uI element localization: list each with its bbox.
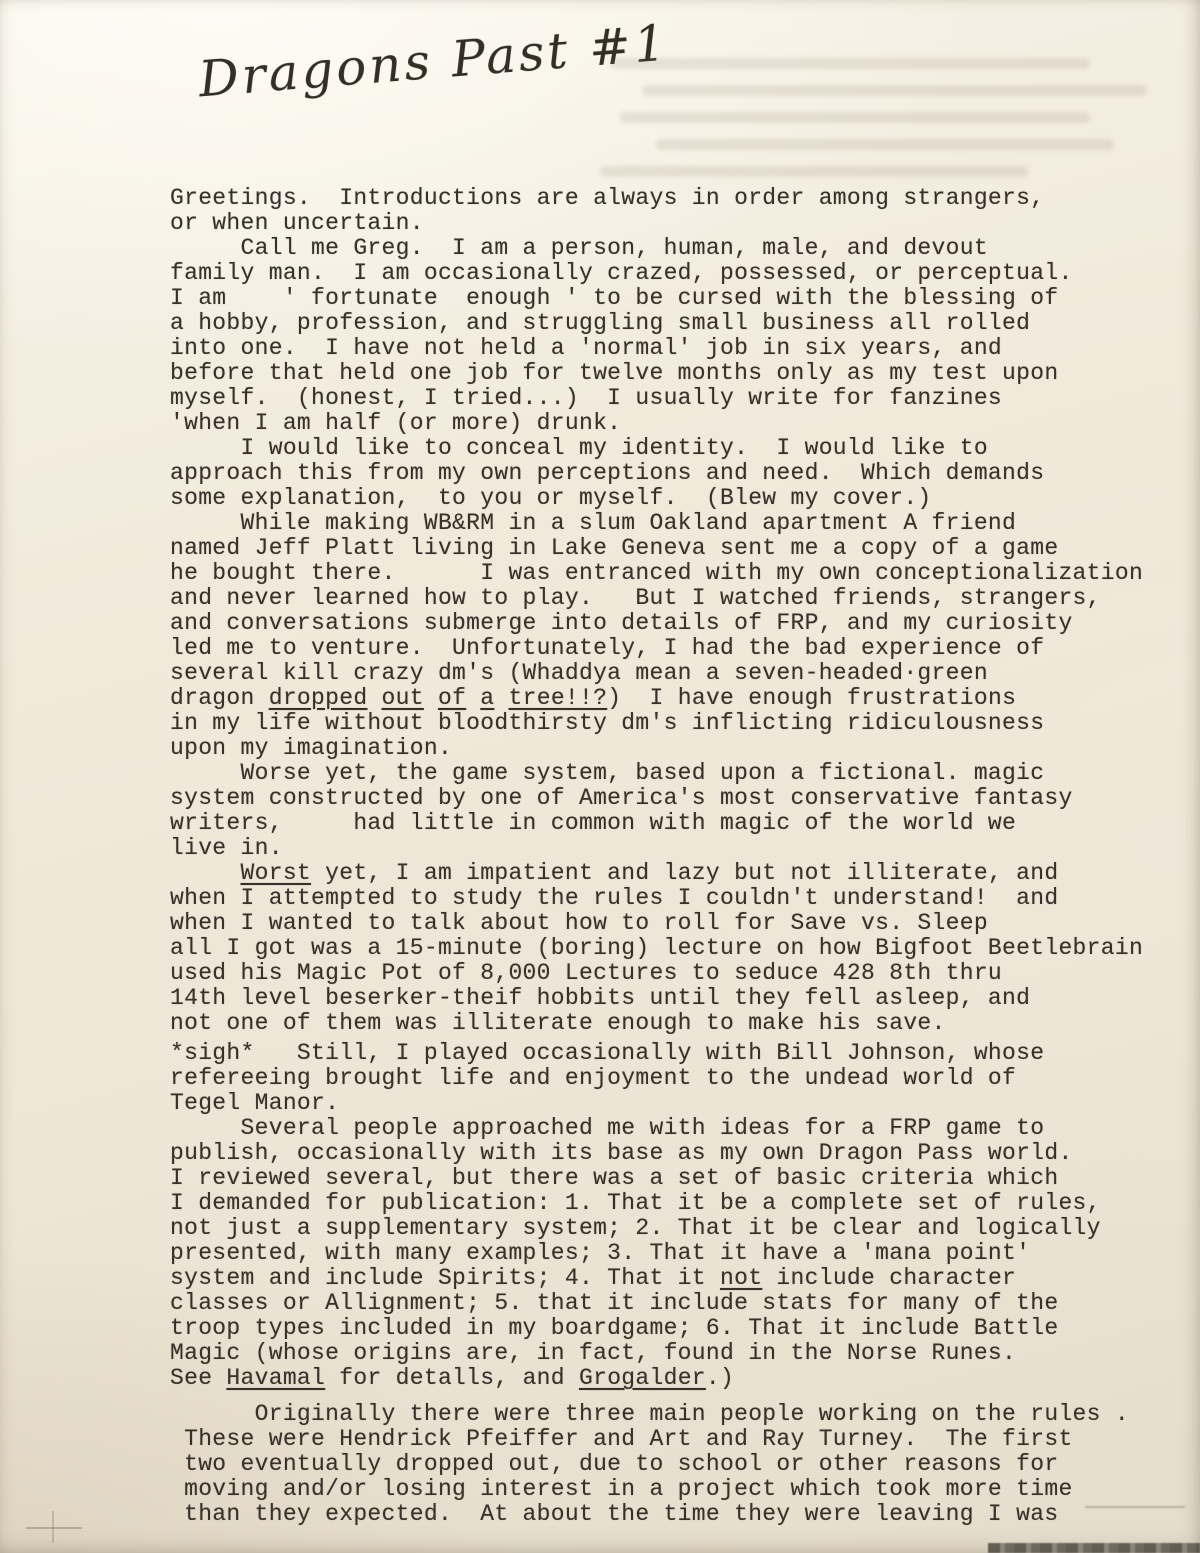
text-line: used his Magic Pot of 8,000 Lectures to … — [170, 961, 1143, 986]
text-segment: 14th level beserker-theif hobbits until … — [170, 985, 1030, 1011]
text-segment: Worse yet, the game system, based upon a… — [170, 760, 1044, 786]
text-line: in my life without bloodthirsty dm's inf… — [170, 711, 1143, 736]
text-line: myself. (honest, I tried...) I usually w… — [170, 386, 1143, 411]
text-segment: dragon — [170, 685, 269, 711]
bleedthrough-line — [610, 58, 1090, 69]
underlined-text: Havamal — [226, 1365, 325, 1391]
text-line: named Jeff Platt living in Lake Geneva s… — [170, 536, 1143, 561]
text-segment: See — [170, 1365, 226, 1391]
text-segment — [424, 685, 438, 711]
text-line: a hobby, profession, and struggling smal… — [170, 311, 1143, 336]
text-segment: system and include Spirits; 4. That it — [170, 1265, 720, 1291]
text-line: into one. I have not held a 'normal' job… — [170, 336, 1143, 361]
bleedthrough-line — [600, 166, 1028, 177]
text-segment: when I attempted to study the rules I co… — [170, 885, 1058, 911]
text-line: two eventually dropped out, due to schoo… — [170, 1452, 1143, 1477]
text-segment: *sigh* Still, I played occasionally with… — [170, 1040, 1044, 1066]
text-segment: before that held one job for twelve mont… — [170, 360, 1058, 386]
text-segment: refereeing brought life and enjoyment to… — [170, 1065, 1016, 1091]
underlined-text: Grogalder — [579, 1365, 706, 1391]
pencil-mark-horizontal — [26, 1527, 82, 1529]
text-segment: into one. I have not held a 'normal' job… — [170, 335, 1002, 361]
text-line: not one of them was illiterate enough to… — [170, 1011, 1143, 1036]
text-segment — [466, 685, 480, 711]
text-line: refereeing brought life and enjoyment to… — [170, 1066, 1143, 1091]
text-segment: when I wanted to talk about how to roll … — [170, 910, 988, 936]
underlined-text: a — [480, 685, 494, 711]
underlined-text: dropped — [269, 685, 368, 711]
text-segment: Greetings. Introductions are always in o… — [170, 185, 1044, 211]
text-line: he bought there. I was entranced with my… — [170, 561, 1143, 586]
text-line: than they expected. At about the time th… — [170, 1502, 1143, 1527]
text-segment: live in. — [170, 835, 283, 861]
text-segment: led me to venture. Unfortunately, I had … — [170, 635, 1044, 661]
text-line: moving and/or losing interest in a proje… — [170, 1477, 1143, 1502]
text-line: 'when I am half (or more) drunk. — [170, 411, 1143, 436]
text-line: Worst yet, I am impatient and lazy but n… — [170, 861, 1143, 886]
text-segment: .) — [706, 1365, 734, 1391]
text-line: some explanation, to you or myself. (Ble… — [170, 486, 1143, 511]
underlined-text: out — [382, 685, 424, 711]
text-segment: I reviewed several, but there was a set … — [170, 1165, 1058, 1191]
text-segment: These were Hendrick Pfeiffer and Art and… — [170, 1426, 1073, 1452]
text-segment: a hobby, profession, and struggling smal… — [170, 310, 1030, 336]
text-line: dragon dropped out of a tree!!?) I have … — [170, 686, 1143, 711]
text-line: See Havamal for detalls, and Grogalder.) — [170, 1366, 1143, 1391]
text-segment: Call me Greg. I am a person, human, male… — [170, 235, 988, 261]
text-segment: used his Magic Pot of 8,000 Lectures to … — [170, 960, 1002, 986]
text-line: before that held one job for twelve mont… — [170, 361, 1143, 386]
text-segment: system constructed by one of America's m… — [170, 785, 1073, 811]
text-line: I would like to conceal my identity. I w… — [170, 436, 1143, 461]
faint-scratch-line — [1085, 1506, 1185, 1508]
text-segment: While making WB&RM in a slum Oakland apa… — [170, 510, 1016, 536]
text-line: family man. I am occasionally crazed, po… — [170, 261, 1143, 286]
underlined-text: of — [438, 685, 466, 711]
text-segment — [494, 685, 508, 711]
text-line: troop types included in my boardgame; 6.… — [170, 1316, 1143, 1341]
text-segment: all I got was a 15-minute (boring) lectu… — [170, 935, 1143, 961]
text-segment: two eventually dropped out, due to schoo… — [170, 1451, 1058, 1477]
text-line: I reviewed several, but there was a set … — [170, 1166, 1143, 1191]
text-line: Greetings. Introductions are always in o… — [170, 186, 1143, 211]
text-line: *sigh* Still, I played occasionally with… — [170, 1041, 1143, 1066]
text-segment: and conversations submerge into details … — [170, 610, 1073, 636]
text-segment — [367, 685, 381, 711]
pencil-mark-vertical — [52, 1511, 54, 1543]
text-segment: 'when I am half (or more) drunk. — [170, 410, 621, 436]
underlined-text: tree!!? — [509, 685, 608, 711]
text-line: several kill crazy dm's (Whaddya mean a … — [170, 661, 1143, 686]
bleedthrough-line — [656, 139, 1114, 150]
text-line: publish, occasionally with its base as m… — [170, 1141, 1143, 1166]
text-segment: several kill crazy dm's (Whaddya mean a … — [170, 660, 988, 686]
scanned-page: Dragons Past #1 Greetings. Introductions… — [0, 0, 1200, 1553]
text-line: These were Hendrick Pfeiffer and Art and… — [170, 1427, 1143, 1452]
text-line: Tegel Manor. — [170, 1091, 1143, 1116]
text-segment: classes or Allignment; 5. that it includ… — [170, 1290, 1058, 1316]
text-line: Magic (whose origins are, in fact, found… — [170, 1341, 1143, 1366]
text-line: presented, with many examples; 3. That i… — [170, 1241, 1143, 1266]
text-line: approach this from my own perceptions an… — [170, 461, 1143, 486]
text-segment: presented, with many examples; 3. That i… — [170, 1240, 1030, 1266]
scan-edge-smudge — [988, 1543, 1200, 1553]
text-segment: Magic (whose origins are, in fact, found… — [170, 1340, 1016, 1366]
text-line: and never learned how to play. But I wat… — [170, 586, 1143, 611]
text-segment: or when uncertain. — [170, 210, 424, 236]
text-segment: named Jeff Platt living in Lake Geneva s… — [170, 535, 1058, 561]
text-segment: approach this from my own perceptions an… — [170, 460, 1044, 486]
text-line: or when uncertain. — [170, 211, 1143, 236]
text-segment: I demanded for publication: 1. That it b… — [170, 1190, 1101, 1216]
text-segment: upon my imagination. — [170, 735, 452, 761]
text-segment: publish, occasionally with its base as m… — [170, 1140, 1073, 1166]
text-line: and conversations submerge into details … — [170, 611, 1143, 636]
text-segment: than they expected. At about the time th… — [170, 1501, 1058, 1527]
text-segment: writers, had little in common with magic… — [170, 810, 1016, 836]
bleedthrough-line — [620, 112, 1090, 123]
text-line: classes or Allignment; 5. that it includ… — [170, 1291, 1143, 1316]
text-segment: for detalls, and — [325, 1365, 579, 1391]
text-segment: he bought there. I was entranced with my… — [170, 560, 1143, 586]
text-segment: troop types included in my boardgame; 6.… — [170, 1315, 1058, 1341]
text-line: led me to venture. Unfortunately, I had … — [170, 636, 1143, 661]
text-line: live in. — [170, 836, 1143, 861]
text-line: Originally there were three main people … — [170, 1402, 1143, 1427]
text-segment: myself. (honest, I tried...) I usually w… — [170, 385, 1002, 411]
text-line: Several people approached me with ideas … — [170, 1116, 1143, 1141]
text-line: Worse yet, the game system, based upon a… — [170, 761, 1143, 786]
underlined-text: Worst — [241, 860, 312, 886]
text-line: 14th level beserker-theif hobbits until … — [170, 986, 1143, 1011]
text-segment: not one of them was illiterate enough to… — [170, 1010, 946, 1036]
text-line: not just a supplementary system; 2. That… — [170, 1216, 1143, 1241]
text-segment: Several people approached me with ideas … — [170, 1115, 1044, 1141]
text-segment: some explanation, to you or myself. (Ble… — [170, 485, 932, 511]
text-segment: not just a supplementary system; 2. That… — [170, 1215, 1101, 1241]
text-line: Call me Greg. I am a person, human, male… — [170, 236, 1143, 261]
text-segment — [170, 860, 241, 886]
text-segment: in my life without bloodthirsty dm's inf… — [170, 710, 1044, 736]
typewritten-body: Greetings. Introductions are always in o… — [170, 186, 1143, 1527]
text-line: system constructed by one of America's m… — [170, 786, 1143, 811]
text-line: all I got was a 15-minute (boring) lectu… — [170, 936, 1143, 961]
text-segment: Tegel Manor. — [170, 1090, 339, 1116]
underlined-text: not — [720, 1265, 762, 1291]
text-segment: and never learned how to play. But I wat… — [170, 585, 1101, 611]
text-line: upon my imagination. — [170, 736, 1143, 761]
text-segment: family man. I am occasionally crazed, po… — [170, 260, 1073, 286]
bleedthrough-text-ghost — [600, 58, 1165, 193]
text-segment: I would like to conceal my identity. I w… — [170, 435, 988, 461]
text-segment: Originally there were three main people … — [170, 1401, 1129, 1427]
text-line: system and include Spirits; 4. That it n… — [170, 1266, 1143, 1291]
text-segment: ) I have enough frustrations — [607, 685, 1016, 711]
bleedthrough-line — [642, 85, 1147, 96]
text-line: writers, had little in common with magic… — [170, 811, 1143, 836]
text-line: when I wanted to talk about how to roll … — [170, 911, 1143, 936]
text-segment: yet, I am impatient and lazy but not ill… — [311, 860, 1058, 886]
text-segment: I am ' fortunate enough ' to be cursed w… — [170, 285, 1058, 311]
text-line: when I attempted to study the rules I co… — [170, 886, 1143, 911]
text-line: While making WB&RM in a slum Oakland apa… — [170, 511, 1143, 536]
text-line: I am ' fortunate enough ' to be cursed w… — [170, 286, 1143, 311]
text-segment: moving and/or losing interest in a proje… — [170, 1476, 1073, 1502]
text-line: I demanded for publication: 1. That it b… — [170, 1191, 1143, 1216]
text-segment: include character — [762, 1265, 1016, 1291]
